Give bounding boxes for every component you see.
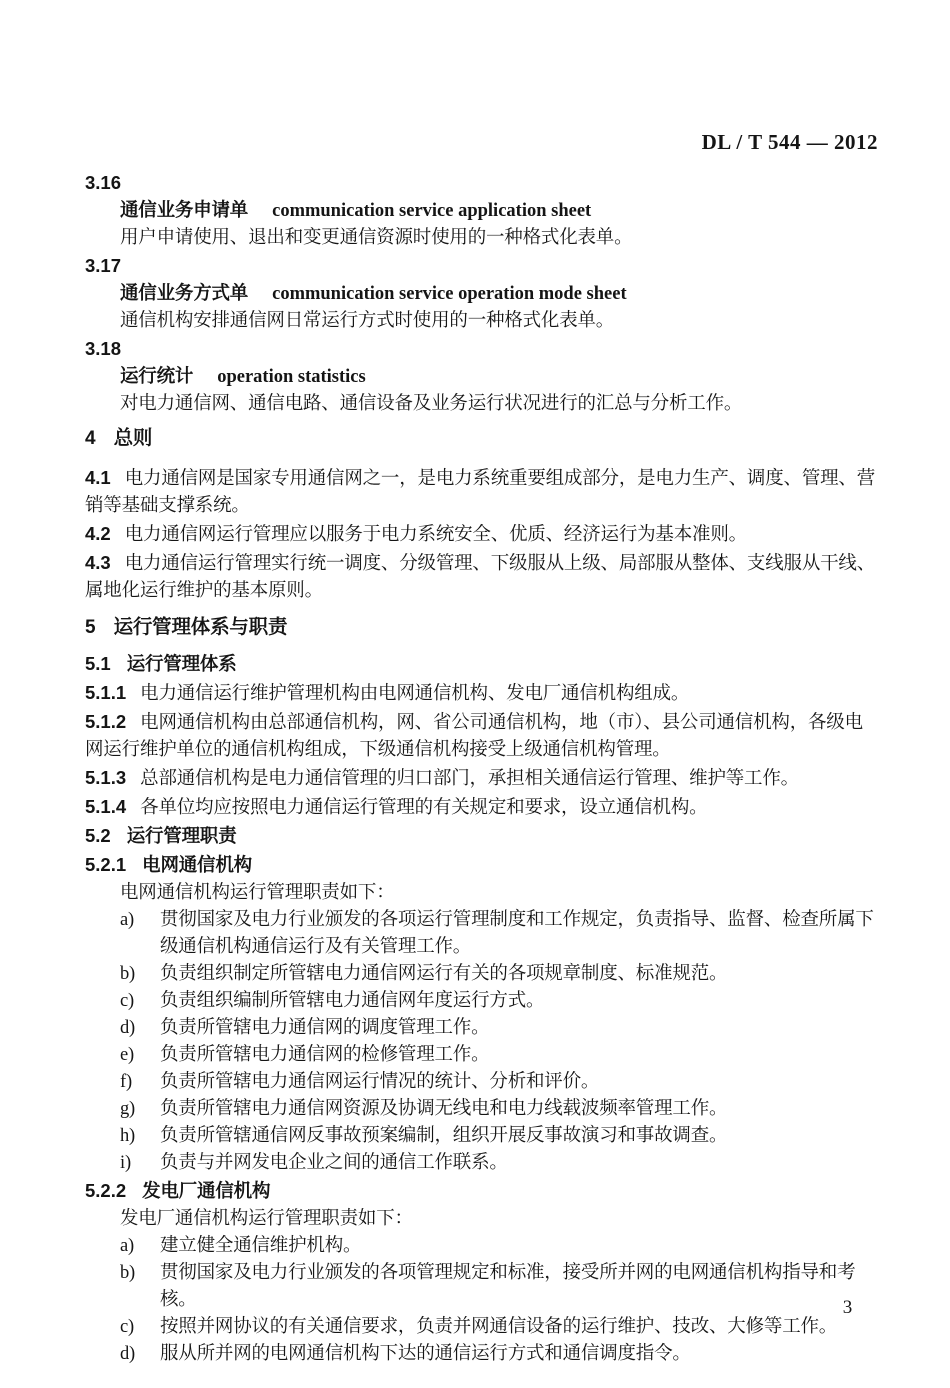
clause-5-1-2: 5.1.2电网通信机构由总部通信机构，网、省公司通信机构，地（市）、县公司通信机… bbox=[85, 708, 878, 764]
list-marker: c) bbox=[120, 988, 160, 1015]
list-text: 负责组织编制所管辖电力通信网年度运行方式。 bbox=[160, 988, 878, 1015]
list-text: 贯彻国家及电力行业颁发的各项运行管理制度和工作规定，负责指导、监督、检查所属下级… bbox=[160, 907, 878, 961]
list-item: d)负责所管辖电力通信网的调度管理工作。 bbox=[85, 1015, 878, 1042]
list-text: 负责所管辖电力通信网资源及协调无线电和电力线载波频率管理工作。 bbox=[160, 1096, 878, 1123]
list-item: h)负责所管辖通信网反事故预案编制，组织开展反事故演习和事故调查。 bbox=[85, 1123, 878, 1150]
clause-number: 3.17 bbox=[85, 252, 878, 281]
list-marker: e) bbox=[120, 1042, 160, 1069]
clause-number-text: 3.16 bbox=[85, 172, 121, 193]
list-text: 建立健全通信维护机构。 bbox=[160, 1233, 878, 1260]
clause-number-text: 5.1.2 bbox=[85, 711, 126, 732]
clause-5-1-1: 5.1.1电力通信运行维护管理机构由电网通信机构、发电厂通信机构组成。 bbox=[85, 679, 878, 708]
clause-text: 电力通信运行维护管理机构由电网通信机构、发电厂通信机构组成。 bbox=[140, 684, 689, 704]
clause-text: 电网通信机构由总部通信机构，网、省公司通信机构，地（市）、县公司通信机构，各级电… bbox=[85, 713, 863, 760]
term-chinese: 通信业务方式单 bbox=[120, 284, 248, 304]
clause-text: 总部通信机构是电力通信管理的归口部门，承担相关通信运行管理、维护等工作。 bbox=[140, 769, 799, 789]
list-item: e)负责所管辖电力通信网的检修管理工作。 bbox=[85, 1042, 878, 1069]
terms-section: 3.16 通信业务申请单communication service applic… bbox=[85, 169, 878, 418]
list-text: 负责所管辖通信网反事故预案编制，组织开展反事故演习和事故调查。 bbox=[160, 1123, 878, 1150]
clause-4-1: 4.1电力通信网是国家专用通信网之一，是电力系统重要组成部分，是电力生产、调度、… bbox=[85, 464, 878, 520]
section-title: 总则 bbox=[114, 428, 153, 449]
page-number: 3 bbox=[843, 1297, 852, 1319]
list-marker: b) bbox=[120, 1260, 160, 1314]
list-item: c)负责组织编制所管辖电力通信网年度运行方式。 bbox=[85, 988, 878, 1015]
list-text: 负责所管辖电力通信网的检修管理工作。 bbox=[160, 1042, 878, 1069]
clause-number-text: 5.1.3 bbox=[85, 767, 126, 788]
list-marker: a) bbox=[120, 1233, 160, 1260]
term-block-3-16: 3.16 通信业务申请单communication service applic… bbox=[85, 169, 878, 252]
clause-4-3: 4.3电力通信运行管理实行统一调度、分级管理、下级服从上级、局部服从整体、支线服… bbox=[85, 549, 878, 605]
document-page: DL / T 544 — 2012 3.16 通信业务申请单communicat… bbox=[0, 0, 950, 1388]
term-chinese: 通信业务申请单 bbox=[120, 201, 248, 221]
clause-4-2: 4.2电力通信网运行管理应以服务于电力系统安全、优质、经济运行为基本准则。 bbox=[85, 520, 878, 549]
list-marker: h) bbox=[120, 1123, 160, 1150]
duties-intro-grid: 电网通信机构运行管理职责如下： bbox=[85, 880, 878, 907]
duties-intro-plant: 发电厂通信机构运行管理职责如下： bbox=[85, 1206, 878, 1233]
document-code: DL / T 544 — 2012 bbox=[702, 130, 878, 154]
subsection-number: 5.2 bbox=[85, 825, 111, 846]
clause-number: 3.18 bbox=[85, 335, 878, 364]
section-4-heading: 4总则 bbox=[85, 424, 878, 454]
list-text: 负责组织制定所管辖电力通信网运行有关的各项规章制度、标准规范。 bbox=[160, 961, 878, 988]
clause-number-text: 3.17 bbox=[85, 255, 121, 276]
list-item: a)贯彻国家及电力行业颁发的各项运行管理制度和工作规定，负责指导、监督、检查所属… bbox=[85, 907, 878, 961]
term-block-3-17: 3.17 通信业务方式单communication service operat… bbox=[85, 252, 878, 335]
subsection-title: 运行管理体系 bbox=[127, 655, 237, 675]
list-text: 服从所并网的电网通信机构下达的通信运行方式和通信调度指令。 bbox=[160, 1341, 878, 1368]
subsection-5-2-heading: 5.2运行管理职责 bbox=[85, 822, 878, 851]
term-definition: 对电力通信网、通信电路、通信设备及业务运行状况进行的汇总与分析工作。 bbox=[85, 391, 878, 418]
list-item: f)负责所管辖电力通信网运行情况的统计、分析和评价。 bbox=[85, 1069, 878, 1096]
list-item: i)负责与并网发电企业之间的通信工作联系。 bbox=[85, 1150, 878, 1177]
clause-5-1-3: 5.1.3总部通信机构是电力通信管理的归口部门，承担相关通信运行管理、维护等工作… bbox=[85, 764, 878, 793]
section-4-body: 4.1电力通信网是国家专用通信网之一，是电力系统重要组成部分，是电力生产、调度、… bbox=[85, 464, 878, 605]
list-item: g)负责所管辖电力通信网资源及协调无线电和电力线载波频率管理工作。 bbox=[85, 1096, 878, 1123]
list-marker: d) bbox=[120, 1015, 160, 1042]
subsection-5-2-1-heading: 5.2.1电网通信机构 bbox=[85, 851, 878, 880]
subsection-title: 电网通信机构 bbox=[142, 856, 252, 876]
term-chinese: 运行统计 bbox=[120, 367, 193, 387]
list-marker: f) bbox=[120, 1069, 160, 1096]
term-definition: 通信机构安排通信网日常运行方式时使用的一种格式化表单。 bbox=[85, 308, 878, 335]
subsection-number: 5.2.2 bbox=[85, 1180, 126, 1201]
term-definition: 用户申请使用、退出和变更通信资源时使用的一种格式化表单。 bbox=[85, 225, 878, 252]
subsection-number: 5.2.1 bbox=[85, 854, 126, 875]
clause-text: 电力通信运行管理实行统一调度、分级管理、下级服从上级、局部服从整体、支线服从干线… bbox=[85, 554, 875, 601]
list-text: 贯彻国家及电力行业颁发的各项管理规定和标准，接受所并网的电网通信机构指导和考核。 bbox=[160, 1260, 878, 1314]
subsection-title: 运行管理职责 bbox=[127, 827, 237, 847]
term-english: communication service operation mode she… bbox=[272, 284, 627, 304]
clause-number-text: 4.3 bbox=[85, 552, 111, 573]
section-number: 5 bbox=[85, 617, 96, 638]
clause-number-text: 3.18 bbox=[85, 338, 121, 359]
clause-number-text: 4.1 bbox=[85, 467, 111, 488]
clause-text: 各单位均应按照电力通信运行管理的有关规定和要求，设立通信机构。 bbox=[140, 798, 707, 818]
clause-number-text: 5.1.1 bbox=[85, 682, 126, 703]
clause-text: 电力通信网运行管理应以服务于电力系统安全、优质、经济运行为基本准则。 bbox=[125, 525, 747, 545]
list-item: d)服从所并网的电网通信机构下达的通信运行方式和通信调度指令。 bbox=[85, 1341, 878, 1368]
list-item: b)贯彻国家及电力行业颁发的各项管理规定和标准，接受所并网的电网通信机构指导和考… bbox=[85, 1260, 878, 1314]
list-marker: c) bbox=[120, 1314, 160, 1341]
list-marker: g) bbox=[120, 1096, 160, 1123]
list-item: a)建立健全通信维护机构。 bbox=[85, 1233, 878, 1260]
term-english: operation statistics bbox=[217, 367, 366, 387]
list-marker: a) bbox=[120, 907, 160, 961]
clause-number-text: 4.2 bbox=[85, 523, 111, 544]
list-marker: i) bbox=[120, 1150, 160, 1177]
list-text: 按照并网协议的有关通信要求，负责并网通信设备的运行维护、技改、大修等工作。 bbox=[160, 1314, 878, 1341]
clause-text: 电力通信网是国家专用通信网之一，是电力系统重要组成部分，是电力生产、调度、管理、… bbox=[85, 469, 875, 516]
section-5-heading: 5运行管理体系与职责 bbox=[85, 613, 878, 643]
section-title: 运行管理体系与职责 bbox=[114, 617, 288, 638]
clause-number: 3.16 bbox=[85, 169, 878, 198]
list-text: 负责所管辖电力通信网的调度管理工作。 bbox=[160, 1015, 878, 1042]
list-item: c)按照并网协议的有关通信要求，负责并网通信设备的运行维护、技改、大修等工作。 bbox=[85, 1314, 878, 1341]
subsection-number: 5.1 bbox=[85, 653, 111, 674]
page-header: DL / T 544 — 2012 bbox=[85, 130, 878, 156]
list-text: 负责与并网发电企业之间的通信工作联系。 bbox=[160, 1150, 878, 1177]
subsection-5-2-2-heading: 5.2.2发电厂通信机构 bbox=[85, 1177, 878, 1206]
term-line: 通信业务方式单communication service operation m… bbox=[85, 281, 878, 308]
term-line: 运行统计operation statistics bbox=[85, 364, 878, 391]
list-marker: b) bbox=[120, 961, 160, 988]
subsection-5-1-heading: 5.1运行管理体系 bbox=[85, 650, 878, 679]
list-text: 负责所管辖电力通信网运行情况的统计、分析和评价。 bbox=[160, 1069, 878, 1096]
clause-5-1-4: 5.1.4各单位均应按照电力通信运行管理的有关规定和要求，设立通信机构。 bbox=[85, 793, 878, 822]
list-item: b)负责组织制定所管辖电力通信网运行有关的各项规章制度、标准规范。 bbox=[85, 961, 878, 988]
clause-number-text: 5.1.4 bbox=[85, 796, 126, 817]
subsection-title: 发电厂通信机构 bbox=[142, 1182, 270, 1202]
section-5-body: 5.1运行管理体系 5.1.1电力通信运行维护管理机构由电网通信机构、发电厂通信… bbox=[85, 650, 878, 1368]
term-block-3-18: 3.18 运行统计operation statistics 对电力通信网、通信电… bbox=[85, 335, 878, 418]
section-number: 4 bbox=[85, 428, 96, 449]
list-marker: d) bbox=[120, 1341, 160, 1368]
term-english: communication service application sheet bbox=[272, 201, 591, 221]
term-line: 通信业务申请单communication service application… bbox=[85, 198, 878, 225]
